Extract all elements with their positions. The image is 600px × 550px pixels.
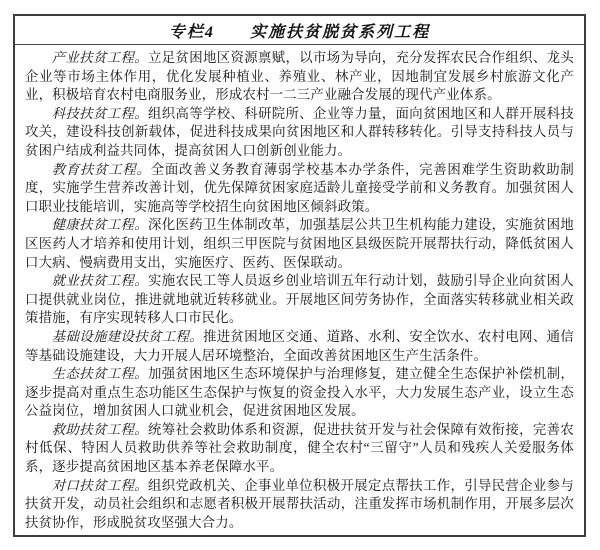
box-title: 专栏4 实施扶贫脱贫系列工程 [15, 16, 584, 45]
column-box: 专栏4 实施扶贫脱贫系列工程 产业扶贫工程。立足贫困地区资源禀赋，以市场为导向，… [13, 14, 586, 537]
para-lead: 对口扶贫工程。 [52, 478, 148, 493]
para-lead: 救助扶贫工程。 [52, 422, 148, 437]
para-lead: 生态扶贫工程。 [52, 366, 148, 381]
paragraph: 健康扶贫工程。深化医药卫生体制改革，加强基层公共卫生机构能力建设，实施贫困地区医… [25, 216, 574, 272]
box-title-label: 专栏4 [169, 19, 215, 42]
paragraph: 科技扶贫工程。组织高等学校、科研院所、企业等力量，面向贫困地区和人群开展科技攻关… [25, 105, 574, 161]
paragraph: 基础设施建设扶贫工程。推进贫困地区交通、道路、水利、安全饮水、农村电网、通信等基… [25, 328, 574, 365]
box-title-text: 实施扶贫脱贫系列工程 [250, 19, 430, 42]
paragraph: 生态扶贫工程。加强贫困地区生态环境保护与治理修复，建立健全生态保护补偿机制，逐步… [25, 365, 574, 421]
paragraph: 产业扶贫工程。立足贫困地区资源禀赋，以市场为导向，充分发挥农民合作组织、龙头企业… [25, 49, 574, 105]
para-lead: 教育扶贫工程。 [52, 162, 151, 177]
para-lead: 科技扶贫工程。 [52, 106, 148, 121]
paragraph: 救助扶贫工程。统筹社会救助体系和资源，促进扶贫开发与社会保障有效衔接，完善农村低… [25, 421, 574, 477]
para-lead: 健康扶贫工程。 [52, 217, 148, 232]
para-lead: 就业扶贫工程。 [52, 273, 148, 288]
para-lead: 基础设施建设扶贫工程。 [52, 329, 203, 344]
paragraph: 对口扶贫工程。组织党政机关、企事业单位积极开展定点帮扶工作，引导民营企业参与扶贫… [25, 477, 574, 533]
document-page: 专栏4 实施扶贫脱贫系列工程 产业扶贫工程。立足贫困地区资源禀赋，以市场为导向，… [0, 0, 600, 550]
paragraph: 教育扶贫工程。全面改善义务教育薄弱学校基本办学条件，完善困难学生资助救助制度，实… [25, 161, 574, 217]
paragraph: 就业扶贫工程。实施农民工等人员返乡创业培训五年行动计划，鼓励引导企业向贫困人口提… [25, 272, 574, 328]
box-body: 产业扶贫工程。立足贫困地区资源禀赋，以市场为导向，充分发挥农民合作组织、龙头企业… [15, 45, 584, 532]
para-lead: 产业扶贫工程。 [52, 50, 148, 65]
